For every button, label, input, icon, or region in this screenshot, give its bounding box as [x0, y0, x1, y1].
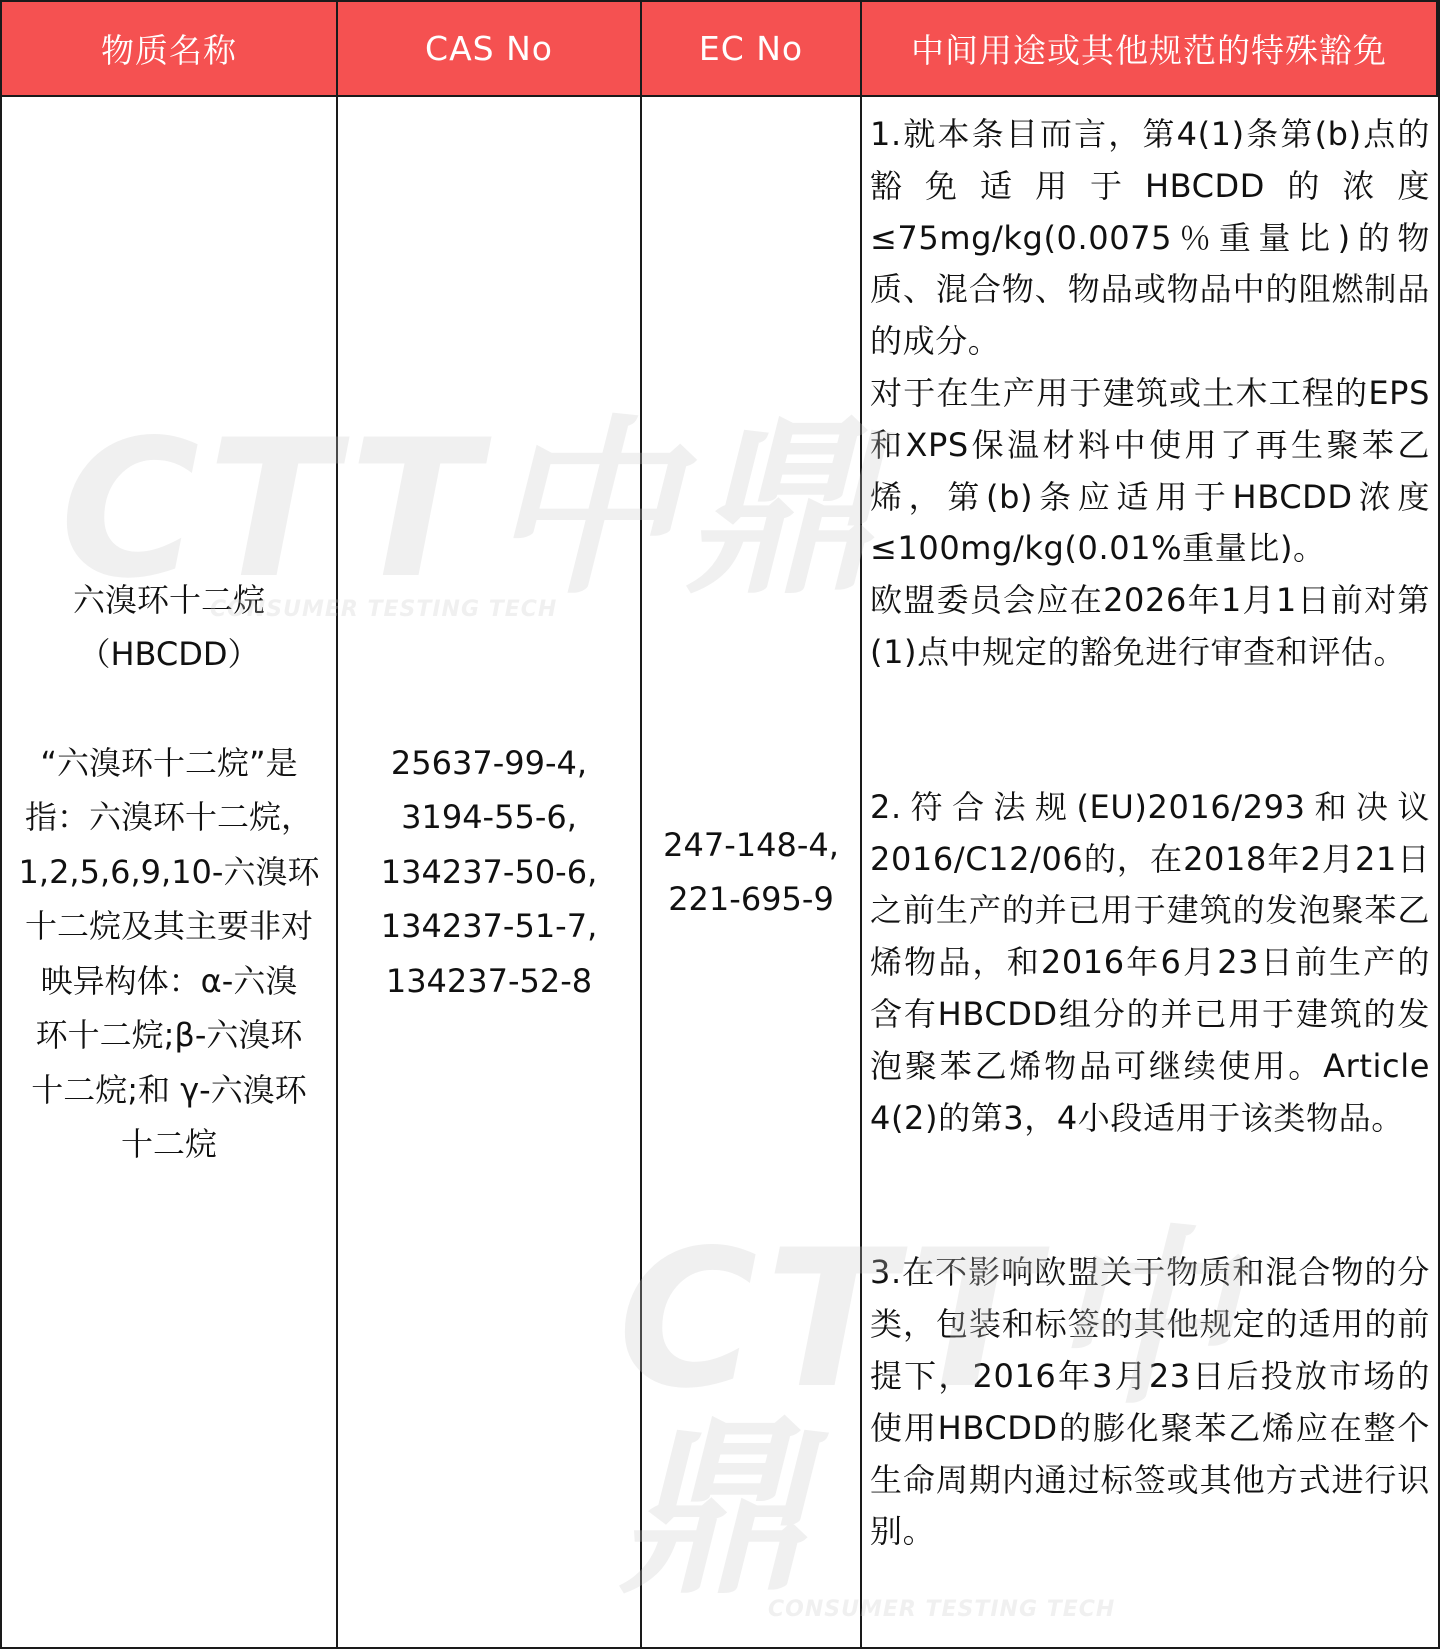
definition-line: 映异构体：α-六溴 [41, 954, 298, 1009]
exemption-item-1-part-b: 对于在生产用于建筑或土木工程的EPS和XPS保温材料中使用了再生聚苯乙烯，第(b… [870, 368, 1430, 575]
column-header-ec-no: EC No [642, 2, 862, 97]
definition-line: 指：六溴环十二烷， [25, 790, 313, 845]
exemption-item-1-part-c: 欧盟委员会应在2026年1月1日前对第(1)点中规定的豁免进行审查和评估。 [870, 575, 1430, 679]
column-header-exemptions: 中间用途或其他规范的特殊豁免 [862, 2, 1438, 97]
paragraph-spacer [870, 679, 1430, 782]
ec-number: 221-695-9 [668, 872, 834, 927]
definition-line: 十二烷;和 γ-六溴环 [31, 1063, 306, 1118]
cas-number: 25637-99-4, [391, 736, 587, 791]
ec-number-cell: 247-148-4, 221-695-9 [642, 97, 862, 1647]
exemption-item-2: 2.符合法规(EU)2016/293和决议2016/C12/06的，在2018年… [870, 782, 1430, 1145]
exemption-cell: 1.就本条目而言，第4(1)条第(b)点的豁免适用于HBCDD的浓度≤75mg/… [862, 97, 1438, 1647]
cas-number-cell: 25637-99-4, 3194-55-6, 134237-50-6, 1342… [338, 97, 642, 1647]
cas-number: 134237-51-7, [381, 899, 598, 954]
definition-line: 环十二烷;β-六溴环 [36, 1008, 303, 1063]
cas-number: 134237-50-6, [381, 845, 598, 900]
column-header-substance-name: 物质名称 [2, 2, 338, 97]
substance-name: 六溴环十二烷 [73, 573, 265, 628]
substance-name-cell: 六溴环十二烷 （HBCDD） “六溴环十二烷”是 指：六溴环十二烷， 1,2,5… [2, 97, 338, 1647]
definition-line: “六溴环十二烷”是 [40, 736, 297, 791]
cas-number: 3194-55-6, [401, 790, 577, 845]
cas-number: 134237-52-8 [386, 954, 592, 1009]
definition-line: 十二烷及其主要非对 [25, 899, 313, 954]
definition-line: 1,2,5,6,9,10-六溴环 [19, 845, 320, 900]
column-header-cas-no: CAS No [338, 2, 642, 97]
exemption-item-1-part-a: 1.就本条目而言，第4(1)条第(b)点的豁免适用于HBCDD的浓度≤75mg/… [870, 109, 1430, 368]
exemption-item-3: 3.在不影响欧盟关于物质和混合物的分类，包装和标签的其他规定的适用的前提下，20… [870, 1247, 1430, 1558]
paragraph-spacer [870, 1144, 1430, 1247]
definition-line: 十二烷 [121, 1117, 217, 1172]
hbcdd-regulation-table: 物质名称 CAS No EC No 中间用途或其他规范的特殊豁免 六溴环十二烷 … [0, 0, 1440, 1649]
substance-abbreviation: （HBCDD） [78, 627, 259, 682]
ec-number: 247-148-4, [663, 818, 839, 873]
